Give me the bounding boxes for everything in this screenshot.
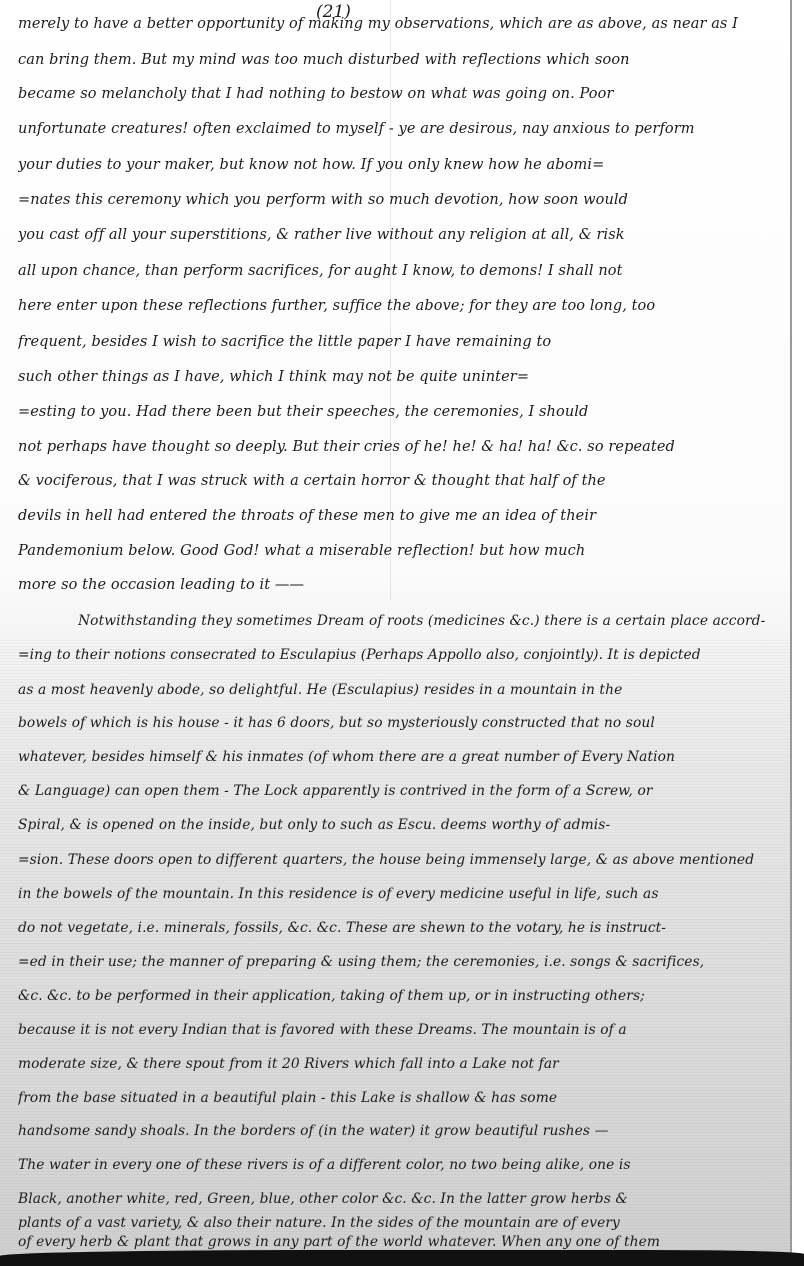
- manuscript-page: (21) merely to have a better opportunity…: [0, 0, 792, 1262]
- text-line: became so melancholy that I had nothing …: [18, 84, 788, 104]
- text-line: handsome sandy shoals. In the borders of…: [18, 1121, 788, 1141]
- text-line: such other things as I have, which I thi…: [18, 367, 788, 387]
- text-line: in the bowels of the mountain. In this r…: [18, 884, 788, 904]
- text-line: &c. &c. to be performed in their applica…: [18, 986, 788, 1006]
- text-line: more so the occasion leading to it ——: [18, 575, 788, 595]
- text-line: your duties to your maker, but know not …: [18, 155, 788, 175]
- text-line: as a most heavenly abode, so delightful.…: [18, 680, 788, 700]
- text-line: from the base situated in a beautiful pl…: [18, 1088, 788, 1108]
- text-line: merely to have a better opportunity of m…: [18, 14, 788, 34]
- text-line: you cast off all your superstitions, & r…: [18, 225, 788, 245]
- text-line: The water in every one of these rivers i…: [18, 1155, 788, 1175]
- text-line: Spiral, & is opened on the inside, but o…: [18, 815, 788, 835]
- text-line: =ing to their notions consecrated to Esc…: [18, 645, 788, 665]
- text-line: here enter upon these reflections furthe…: [18, 296, 788, 316]
- text-line: do not vegetate, i.e. minerals, fossils,…: [18, 918, 788, 938]
- text-line: =esting to you. Had there been but their…: [18, 402, 788, 422]
- text-line: & Language) can open them - The Lock app…: [18, 781, 788, 801]
- text-line: whatever, besides himself & his inmates …: [18, 747, 788, 767]
- text-line: Pandemonium below. Good God! what a mise…: [18, 541, 788, 561]
- text-line: all upon chance, than perform sacrifices…: [18, 261, 788, 281]
- text-line: Black, another white, red, Green, blue, …: [18, 1189, 788, 1209]
- text-line: =sion. These doors open to different qua…: [18, 850, 788, 870]
- text-line: frequent, besides I wish to sacrifice th…: [18, 332, 788, 352]
- text-line: devils in hell had entered the throats o…: [18, 506, 788, 526]
- text-line: moderate size, & there spout from it 20 …: [18, 1054, 788, 1074]
- text-line: unfortunate creatures! often exclaimed t…: [18, 119, 788, 139]
- text-line: plants of a vast variety, & also their n…: [18, 1213, 788, 1233]
- text-line: can bring them. But my mind was too much…: [18, 50, 788, 70]
- text-line: bowels of which is his house - it has 6 …: [18, 713, 788, 733]
- text-line: not perhaps have thought so deeply. But …: [18, 437, 788, 457]
- text-line: because it is not every Indian that is f…: [18, 1020, 788, 1040]
- text-line: =nates this ceremony which you perform w…: [18, 190, 788, 210]
- page-edge-shadow: [0, 1250, 804, 1266]
- text-line: & vociferous, that I was struck with a c…: [18, 471, 788, 491]
- text-line: of every herb & plant that grows in any …: [18, 1232, 788, 1252]
- text-line: =ed in their use; the manner of preparin…: [18, 952, 788, 972]
- text-line: Notwithstanding they sometimes Dream of …: [78, 611, 788, 631]
